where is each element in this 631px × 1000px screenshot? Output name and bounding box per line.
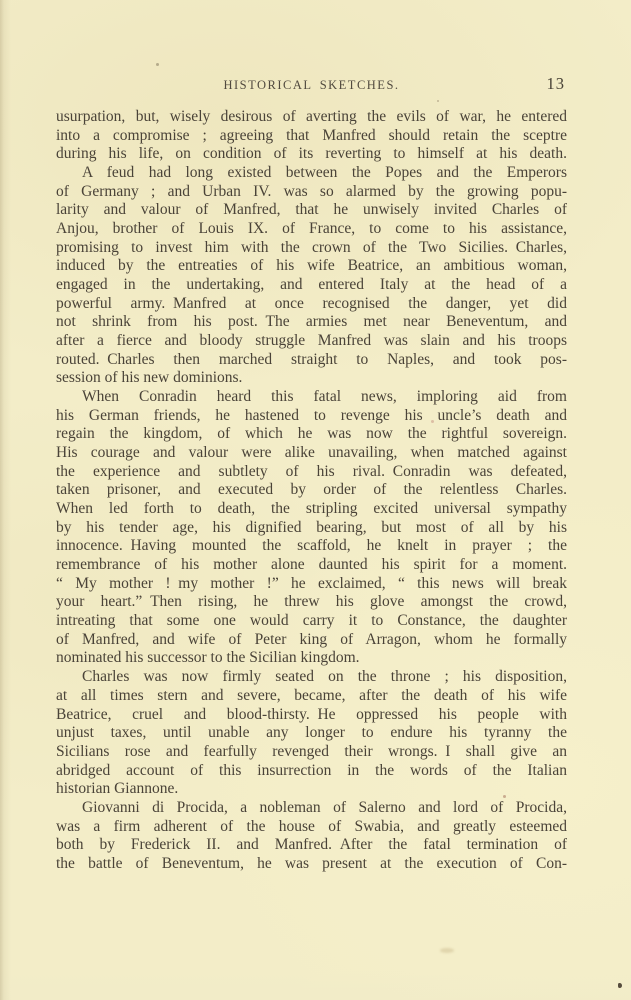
text-line: When led forth to death, the stripling e… (56, 500, 567, 519)
book-page-scan: HISTORICAL SKETCHES. 13 usurpation, but,… (0, 0, 631, 1000)
text-block: usurpation, but, wisely desirous of aver… (56, 108, 567, 874)
text-line: taken prisoner, and executed by order of… (56, 481, 567, 500)
text-line: of Manfred, and wife of Peter king of Ar… (56, 631, 567, 650)
text-line: Giovanni di Procida, a nobleman of Saler… (56, 799, 567, 818)
text-line: induced by the entreaties of his wife Be… (56, 257, 567, 276)
page-number: 13 (547, 74, 566, 94)
text-line: his German friends, he hastened to reven… (56, 407, 567, 426)
text-line: the experience and subtlety of his rival… (56, 463, 567, 482)
ink-speck (503, 795, 506, 798)
text-line: regain the kingdom, of which he was now … (56, 425, 567, 444)
text-line: unjust taxes, until unable any longer to… (56, 724, 567, 743)
text-line: historian Giannone. (56, 780, 567, 799)
ink-speck (156, 63, 159, 66)
text-line: into a compromise ; agreeing that Manfre… (56, 127, 567, 146)
text-line: Sicilians rose and fearfully revenged th… (56, 743, 567, 762)
text-line: during his life, on condition of its rev… (56, 145, 567, 164)
text-line: larity and valour of Manfred, that he un… (56, 201, 567, 220)
text-line: abridged account of this insurrection in… (56, 762, 567, 781)
text-line: His courage and valour were alike unavai… (56, 444, 567, 463)
text-line: powerful army. Manfred at once recognise… (56, 295, 567, 314)
text-line: the battle of Beneventum, he was present… (56, 855, 567, 874)
text-line: of Germany ; and Urban IV. was so alarme… (56, 183, 567, 202)
text-line: usurpation, but, wisely desirous of aver… (56, 108, 567, 127)
text-line: session of his new dominions. (56, 369, 567, 388)
text-line: after a fierce and bloody struggle Manfr… (56, 332, 567, 351)
ink-speck (437, 100, 439, 102)
text-line: not shrink from his post. The armies met… (56, 313, 567, 332)
text-line: by his tender age, his dignified bearing… (56, 519, 567, 538)
text-line: nominated his successor to the Sicilian … (56, 649, 567, 668)
text-line: your heart.” Then rising, he threw his g… (56, 593, 567, 612)
text-line: was a firm adherent of the house of Swab… (56, 818, 567, 837)
text-line: Charles was now firmly seated on the thr… (56, 668, 567, 687)
text-line: routed. Charles then marched straight to… (56, 351, 567, 370)
text-line: intreating that some one would carry it … (56, 612, 567, 631)
text-line: both by Frederick II. and Manfred. After… (56, 836, 567, 855)
page-header: HISTORICAL SKETCHES. 13 (56, 78, 567, 98)
text-line: promising to invest him with the crown o… (56, 239, 567, 258)
paper-smudge (440, 948, 454, 953)
text-line: innocence. Having mounted the scaffold, … (56, 537, 567, 556)
text-line: When Conradin heard this fatal news, imp… (56, 388, 567, 407)
text-line: Anjou, brother of Louis IX. of France, t… (56, 220, 567, 239)
running-title: HISTORICAL SKETCHES. (56, 78, 567, 93)
ink-speck (431, 420, 434, 423)
text-line: Beatrice, cruel and blood-thirsty. He op… (56, 706, 567, 725)
text-line: A feud had long existed between the Pope… (56, 164, 567, 183)
text-line: remembrance of his mother alone daunted … (56, 556, 567, 575)
text-line: engaged in the undertaking, and entered … (56, 276, 567, 295)
text-line: at all times stern and severe, became, a… (56, 687, 567, 706)
ink-speck (618, 983, 622, 988)
text-line: “ My mother ! my mother !” he exclaimed,… (56, 575, 567, 594)
